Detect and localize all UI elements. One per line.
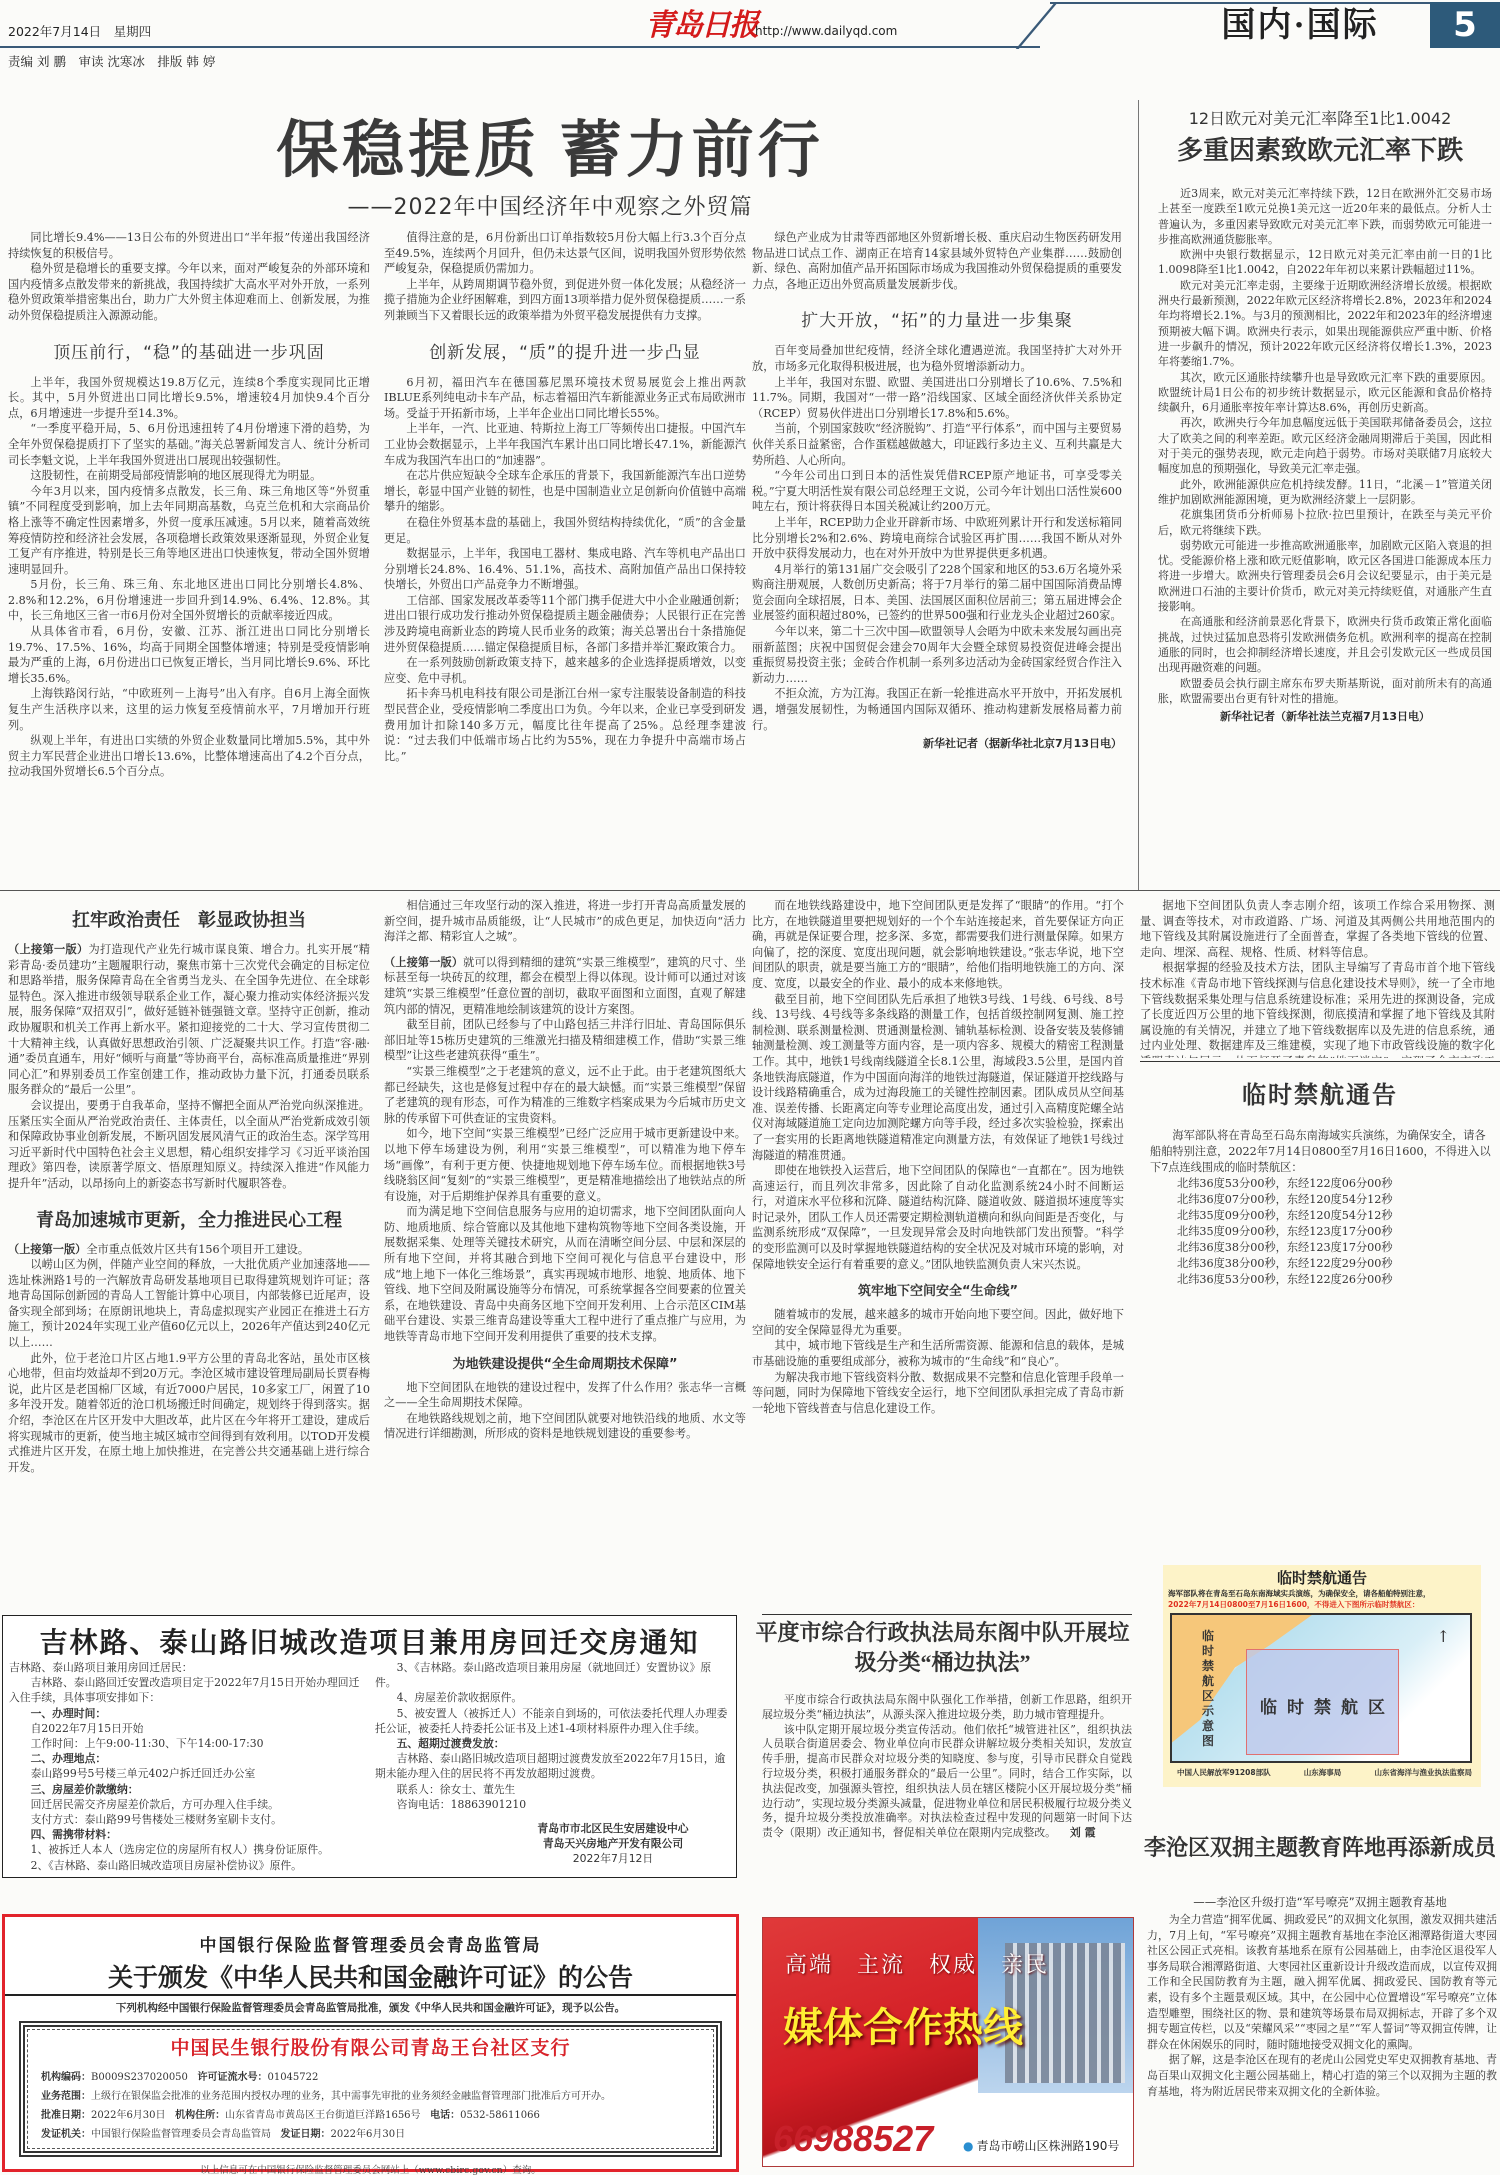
ad-headline: 媒体合作热线 <box>783 1996 1023 2053</box>
paragraph: 此外，位于老沧口片区占地1.9平方公里的青岛北客站，虽处市区核心地带，但亩均效益… <box>8 1351 370 1476</box>
section-heading: 顶压前行，“稳”的基础进一步巩固 <box>8 338 370 363</box>
paragraph: 稳外贸是稳增长的重要支撑。今年以来，面对严峻复杂的外部环境和国内疫情多点散发带来… <box>8 261 370 323</box>
agency-name: 山东海事局 <box>1304 1767 1342 1778</box>
business-scope: 上级行在银保监会批准的业务范围内授权办理的业务，其中需事先审批的业务须经金融监督… <box>91 2091 611 2102</box>
website-link[interactable]: http://www.dailyqd.com <box>755 24 897 38</box>
relocation-notice-column-1: 吉林路、泰山路项目兼用房回迁居民：吉林路、泰山路回迁安置改造项目定于2022年7… <box>9 1660 364 1873</box>
paragraph: 花旗集团货币分析师易卜拉欣·拉巴里预计，在跌至与美元平价后，欧元将继续下跌。 <box>1158 507 1492 538</box>
paragraph: 此外，欧洲能源供应危机持续发酵。11日，“北溪－1”管道关闭维护加剧欧洲能源困境… <box>1158 477 1492 508</box>
column-divider <box>1138 100 1139 890</box>
map-frame: 临时禁航区 临时禁航区示意图 ↑ <box>1170 1613 1472 1763</box>
notice-line: 支付方式：泰山路99号售楼处三楼财务室刷卡支付。 <box>9 1812 364 1827</box>
signer: 青岛天兴房地产开发有限公司 <box>493 1836 733 1851</box>
paragraph: 从具体省市看，6月份，安徽、江苏、浙江进出口同比分别增长19.7%、17.5%、… <box>8 624 370 686</box>
euro-article-body: 近3周来，欧元对美元汇率持续下跌，12日在欧洲外汇交易市场上甚至一度跌至1欧元兑… <box>1158 186 1492 886</box>
coordinate-item: 北纬36度07分00秒，东经120度54分12秒 <box>1150 1192 1495 1208</box>
editor-credits: 责编 刘 鹏 审读 沈寒冰 排版 韩 婷 <box>8 52 215 70</box>
license-frame: 中国民生银行股份有限公司青岛王台社区支行 机构编码：B0009S23702005… <box>19 2021 722 2157</box>
paragraph: 地下空间团队在地铁的建设过程中，发挥了什么作用？张志华一言概之——全生命周期技术… <box>384 1380 746 1411</box>
paragraph: 在一系列鼓励创新政策支持下，越来越多的企业选择提质增效，以变应变、危中寻机。 <box>384 655 746 686</box>
paragraph: 百年变局叠加世纪疫情，经济全球化遭遇逆流。我国坚持扩大对外开放，市场多元化取得积… <box>752 343 1122 374</box>
paragraph: 不拒众流，方为江海。我国正在新一轮推进高水平开放中，开拓发展机遇，增强发展韧性，… <box>752 686 1122 733</box>
euro-article-kicker: 12日欧元对美元汇率降至1比1.0042 <box>1140 106 1500 129</box>
section-title: 国内·国际 <box>1180 4 1420 48</box>
paragraph: 为全力营造“拥军优属、拥政爱民”的双拥文化氛围，激发双拥共建活力，7月上旬，“军… <box>1147 1912 1497 2052</box>
field-label: 发证日期： <box>281 2129 331 2140</box>
paragraph: 平度市综合行政执法局东阁中队强化工作举措，创新工作思路，组织开展垃圾分类“桶边执… <box>762 1693 1132 1723</box>
paragraph: 在芯片供应短缺令全球车企承压的背景下，我国新能源汽车出口逆势增长，彰显中国产业链… <box>384 468 746 515</box>
restricted-zone-label: 临时禁航区 <box>1260 1693 1395 1718</box>
paragraph: 在地铁路线规划之前，地下空间团队就要对地铁沿线的地质、水文等情况进行详细勘测，所… <box>384 1411 746 1442</box>
paragraph: 以崂山区为例，伴随产业空间的释放，一大批优质产业加速落地——选址株洲路1号的一汽… <box>8 1257 370 1351</box>
paragraph: 截至目前，团队已经参与了中山路包括三井洋行旧址、青岛国际俱乐部旧址等15栋历史建… <box>384 1017 746 1064</box>
bank-branch-name: 中国民生银行股份有限公司青岛王台社区支行 <box>41 2033 700 2060</box>
approval-date: 2022年6月30日 <box>91 2110 166 2121</box>
paragraph: 弱势欧元可能进一步推高欧洲通胀率，加剧欧元区陷入衰退的担忧。受能源价格上涨和欧元… <box>1158 538 1492 614</box>
newspaper-logo: 青岛日报 <box>645 0 757 44</box>
paragraph: 上半年，我国外贸规模达19.8万亿元，连续8个季度实现同比正增长。其中，5月外贸… <box>8 375 370 422</box>
paragraph: 再次，欧洲央行今年加息幅度远低于美国联邦储备委员会，这拉大了欧美之间的利率差距。… <box>1158 415 1492 476</box>
issue-date: 2022年7月14日 星期四 <box>8 22 151 40</box>
paragraph: 这股韧性，在前期受局部疫情影响的地区展现得尤为明显。 <box>8 468 370 484</box>
map-caption-dates: 2022年7月14日0800至7月16日1600，不得进入下图所示临时禁航区： <box>1163 1599 1481 1610</box>
paragraph: 欧元对美元汇率走弱，主要缘于近期欧洲经济增长放缓。根据欧洲央行最新预测，2022… <box>1158 278 1492 370</box>
announcement-footer: 以上信息可在中国银行保险监督管理委员会网站上（www.cbirc.gov.cn）… <box>5 2162 736 2175</box>
paragraph: （上接第一版）为打造现代产业先行城市谋良策、增合力。扎实开展“精彩青岛·委员建功… <box>8 942 370 1098</box>
phone-number: 0532-58611066 <box>460 2110 540 2121</box>
main-article-column-1: 同比增长9.4%——13日公布的外贸进出口“半年报”传递出我国经济持续恢复的积极… <box>8 230 370 885</box>
media-hotline-ad[interactable]: 高端 主流 权威 亲民 媒体合作热线 66988527 ●青岛市崂山区株洲路19… <box>762 1917 1134 2167</box>
paragraph: 在高通胀和经济前景恶化背景下，欧洲央行货币政策正常化面临挑战，过快过猛加息恐将引… <box>1158 614 1492 675</box>
notice-line: 4、房屋差价款收据原件。 <box>375 1690 730 1705</box>
euro-article-title: 多重因素致欧元汇率下跌 <box>1140 130 1500 167</box>
notice-line: 5、被安置人（被拆迁人）不能亲自到场的，可依法委托代理人办理委托公证，被委托人持… <box>375 1706 730 1736</box>
field-label: 业务范围： <box>41 2091 91 2102</box>
main-headline: 保稳提质 蓄力前行 <box>200 100 900 189</box>
address-text: 青岛市崂山区株洲路190号 <box>976 2139 1119 2153</box>
masthead-rule <box>0 46 1040 48</box>
notice-line: 2、《吉林路、泰山路旧城改造项目房屋补偿协议》原件。 <box>9 1858 364 1873</box>
north-arrow-icon: ↑ <box>1437 1627 1450 1646</box>
map-agencies: 中国人民解放军91208部队 山东海事局 山东省海洋与渔业执法监察局 <box>1177 1767 1472 1778</box>
paragraph: 上半年，RCEP助力企业开辟新市场、中欧班列累计开行和发送标箱同比分别增长2%和… <box>752 515 1122 562</box>
location-pin-icon: ● <box>963 2139 973 2153</box>
section-heading: 为地铁建设提供“全生命周期技术保障” <box>384 1353 746 1372</box>
paragraph: “一季度平稳开局，5、6月份迅速扭转了4月份增速下滑的趋势，为全年外贸保稳提质打… <box>8 421 370 468</box>
coordinate-item: 北纬36度38分00秒，东经123度17分00秒 <box>1150 1240 1495 1256</box>
navigation-notice-title: 临时禁航通告 <box>1140 1075 1500 1110</box>
paragraph: 其中，城市地下管线是生产和生活所需资源、能源和信息的载体，是城市基础设施的重要组… <box>752 1338 1124 1369</box>
license-row: 业务范围：上级行在银保监会批准的业务范围内授权办理的业务，其中需事先审批的业务须… <box>41 2087 700 2106</box>
paragraph: 工信部、国家发展改革委等11个部门携手促进大中小企业融通创新；进出口银行成功发行… <box>384 593 746 655</box>
notice-section-heading: 一、办理时间： <box>9 1706 364 1721</box>
paragraph: 6月初，福田汽车在德国慕尼黑环境技术贸易展览会上推出两款IBLUE系列纯电动卡车… <box>384 375 746 422</box>
issue-date: 2022年6月30日 <box>331 2129 406 2140</box>
license-row: 批准日期：2022年6月30日 机构住所：山东省青岛市黄岛区王台街道巨洋路165… <box>41 2106 700 2125</box>
paragraph: 欧洲中央银行数据显示，12日欧元对美元汇率由前一日的1比1.0098降至1比1.… <box>1158 247 1492 278</box>
paragraph: 而为满足地下空间信息服务与应用的迫切需求，地下空间团队面向人防、地质地质、综合管… <box>384 1204 746 1344</box>
paragraph: 上半年，一汽、比亚迪、特斯拉上海工厂等频传出口捷报。中国汽车工业协会数据显示，上… <box>384 421 746 468</box>
paragraph: 4月举行的第131届广交会吸引了228个国家和地区的53.6万名境外采购商注册观… <box>752 562 1122 624</box>
field-label: 机构编码： <box>41 2072 91 2083</box>
licang-article-subtitle: ——李沧区升级打造“军号嘹亮”双拥主题教育基地 <box>1140 1894 1500 1910</box>
paragraph: 截至目前，地下空间团队先后承担了地铁3号线、1号线、6号线、8号线、13号线、4… <box>752 992 1124 1164</box>
signing-date: 2022年7月12日 <box>493 1851 733 1866</box>
continued-label: （上接第一版） <box>8 943 88 956</box>
paragraph: （上接第一版）全市重点低效片区共有156个项目开工建设。 <box>8 1242 370 1258</box>
announcement-title: 关于颁发《中华人民共和国金融许可证》的公告 <box>5 1958 736 1996</box>
paragraph: 今年3月以来，国内疫情多点散发，长三角、珠三角地区等“外贸重镇”不同程度受到影响… <box>8 484 370 578</box>
pingdu-article-body: 平度市综合行政执法局东阁中队强化工作举措，创新工作思路，组织开展垃圾分类“桶边执… <box>762 1693 1132 1915</box>
paragraph: “实景三维模型”之于老建筑的意义，远不止于此。由于老建筑图纸大都已经缺失，这也是… <box>384 1064 746 1126</box>
paragraph: 如今，地下空间“实景三维模型”已经广泛应用于城市更新建设中来。以地下停车场建设为… <box>384 1126 746 1204</box>
paragraph: 欧盟委员会执行副主席东布罗夫斯基斯说，面对前所未有的高通胀，欧盟需要出台更有针对… <box>1158 676 1492 707</box>
notice-section-heading: 五、超期过渡费发放： <box>375 1736 730 1751</box>
relocation-signers: 青岛市市北区民生安居建设中心 青岛天兴房地产开发有限公司 2022年7月12日 <box>493 1821 733 1867</box>
lower-column-4: 据地下空间团队负责人李志刚介绍，该项工作综合采用物探、测量、调查等技术，对市政道… <box>1140 898 1495 1058</box>
notice-line: 吉林路、泰山路项目兼用房回迁居民： <box>9 1660 364 1675</box>
regulator-name: 中国银行保险监督管理委员会青岛监管局 <box>5 1931 736 1956</box>
continued-label: （上接第一版） <box>8 1243 86 1256</box>
paragraph: 上海铁路闵行站，“中欧班列－上海号”出入有序。自6月上海全面恢复生产生活秩序以来… <box>8 686 370 733</box>
navigation-notice-body: 海军部队将在青岛至石岛东南海域实兵演练，为确保安全，请各船舶特别注意，2022年… <box>1150 1128 1495 1288</box>
masthead-slant-rule <box>1016 3 1058 49</box>
paragraph: 绿色产业成为甘肃等西部地区外贸新增长极、重庆启动生物医药研发用物品进口试点工作、… <box>752 230 1122 292</box>
section-heading: 创新发展，“质”的提升进一步凸显 <box>384 338 746 363</box>
field-label: 批准日期： <box>41 2110 91 2121</box>
paragraph: 该中队定期开展垃圾分类宣传活动。他们依托“城管进社区”，组织执法人员联合街道居委… <box>762 1723 1132 1841</box>
paragraph: 同比增长9.4%——13日公布的外贸进出口“半年报”传递出我国经济持续恢复的积极… <box>8 230 370 261</box>
map-caption: 海军部队将在青岛至石岛东南海域实兵演练，为确保安全，请各船舶特别注意， <box>1163 1588 1481 1599</box>
pingdu-article-title: 平度市综合行政执法局东阁中队开展垃圾分类“桶边执法” <box>750 1618 1135 1678</box>
field-label: 机构住所： <box>175 2110 225 2121</box>
relocation-notice: 吉林路、泰山路旧城改造项目兼用房回迁交房通知 吉林路、泰山路项目兼用房回迁居民：… <box>2 1615 737 1878</box>
agency-name: 中国人民解放军91208部队 <box>1177 1767 1271 1778</box>
notice-line: 联系人：徐女士、董先生 <box>375 1782 730 1797</box>
notice-line: 咨询电话：18863901210 <box>375 1797 730 1812</box>
paragraph: 随着城市的发展，越来越多的城市开始向地下要空间。因此，做好地下空间的安全保障显得… <box>752 1307 1124 1338</box>
announcement-intro: 下列机构经中国银行保险监督管理委员会青岛监管局批准，颁发《中华人民共和国金融许可… <box>5 2000 736 2015</box>
paragraph: 为解决我市地下管线资料分散、数据成果不完整和信息化管理手段单一等问题，同时为保障… <box>752 1370 1124 1417</box>
institution-code: B0009S237020050 <box>91 2072 188 2083</box>
coordinate-item: 北纬35度09分00秒，东经120度54分12秒 <box>1150 1208 1495 1224</box>
paragraph: 根据掌握的经验及技术方法，团队主导编写了青岛市首个地下管线技术标准《青岛市地下管… <box>1140 960 1495 1058</box>
paragraph: 据地下空间团队负责人李志刚介绍，该项工作综合采用物探、测量、调查等技术，对市政道… <box>1140 898 1495 960</box>
paragraph: 其次，欧元区通胀持续攀升也是导致欧元汇率下跌的重要原因。欧盟统计局1日公布的初步… <box>1158 370 1492 416</box>
coordinate-item: 北纬36度38分00秒，东经122度29分00秒 <box>1150 1256 1495 1272</box>
horizontal-rule <box>762 1614 1132 1615</box>
paragraph: 近3周来，欧元对美元汇率持续下跌，12日在欧洲外汇交易市场上甚至一度跌至1欧元兑… <box>1158 186 1492 247</box>
lower-column-3: 而在地铁线路建设中，地下空间团队更是发挥了“眼睛”的作用。“打个比方，在地铁隧道… <box>752 898 1124 1603</box>
field-label: 许可证流水号： <box>197 2072 267 2083</box>
notice-line: 吉林路、泰山路回迁安置改造项目定于2022年7月15日开始办理回迁入住手续，具体… <box>9 1675 364 1705</box>
paragraph-text: 全市重点低效片区共有156个项目开工建设。 <box>86 1243 309 1256</box>
paragraph: 会议提出，要勇于自我革命，坚持不懈把全面从严治党向纵深推进。压紧压实全面从严治党… <box>8 1098 370 1192</box>
main-subheadline: ——2022年中国经济年中观察之外贸篇 <box>200 190 900 221</box>
field-label: 电话： <box>430 2110 460 2121</box>
paragraph: 相信通过三年攻坚行动的深入推进，将进一步打开青岛高质量发展的新空间，提升城市品质… <box>384 898 746 945</box>
agency-name: 山东省海洋与渔业执法监察局 <box>1375 1767 1473 1778</box>
cppcc-article-title: 扛牢政治责任 彰显政协担当 <box>8 906 370 932</box>
horizontal-rule <box>0 890 1500 891</box>
paragraph: 5月份，长三角、珠三角、东北地区进出口同比分别增长4.8%、2.8%和12.2%… <box>8 577 370 624</box>
notice-line: 泰山路99号5号楼三单元402户拆迁回迁办公室 <box>9 1766 364 1781</box>
notice-section-heading: 四、需携带材料： <box>9 1827 364 1842</box>
main-article-column-3: 绿色产业成为甘肃等西部地区外贸新增长极、重庆启动生物医药研发用物品进口试点工作、… <box>752 230 1122 885</box>
urban-article-title: 青岛加速城市更新，全力推进民心工程 <box>8 1206 370 1232</box>
bank-license-announcement: 中国银行保险监督管理委员会青岛监管局 关于颁发《中华人民共和国金融许可证》的公告… <box>2 1914 739 2172</box>
signer: 青岛市市北区民生安居建设中心 <box>493 1821 733 1836</box>
section-heading: 扩大开放，“拓”的力量进一步集聚 <box>752 306 1122 331</box>
paragraph: 拓卡奔马机电科技有限公司是浙江台州一家专注服装设备制造的科技型民营企业，受疫情影… <box>384 686 746 764</box>
paragraph: 而在地铁线路建设中，地下空间团队更是发挥了“眼睛”的作用。“打个比方，在地铁隧道… <box>752 898 1124 992</box>
map-side-label: 临时禁航区示意图 <box>1202 1629 1216 1749</box>
byline: 新华社记者（据新华社北京7月13日电） <box>752 735 1122 751</box>
license-row: 发证机关：中国银行保险监督管理委员会青岛监管局 发证日期：2022年6月30日 <box>41 2125 700 2144</box>
lower-column-2: 相信通过三年攻坚行动的深入推进，将进一步打开青岛高质量发展的新空间，提升城市品质… <box>384 898 746 1603</box>
continued-label: （上接第一版） <box>384 956 463 969</box>
ad-address: ●青岛市崂山区株洲路190号 <box>963 2137 1119 2154</box>
notice-line: 自2022年7月15日开始 <box>9 1721 364 1736</box>
relocation-notice-column-2: 3、《吉林路。泰山路改造项目兼用房屋（就地回迁）安置协议》原件。4、房屋差价款收… <box>375 1660 730 1812</box>
paragraph: 纵观上半年，有进出口实绩的外贸企业数量同比增加5.5%，其中外贸主力军民营企业进… <box>8 733 370 780</box>
paragraph-text: 该中队定期开展垃圾分类宣传活动。他们依托“城管进社区”，组织执法人员联合街道居委… <box>762 1723 1132 1840</box>
restricted-zone-map: 临时禁航通告 海军部队将在青岛至石岛东南海域实兵演练，为确保安全，请各船舶特别注… <box>1163 1565 1481 1787</box>
paragraph: 值得注意的是，6月份新出口订单指数较5月份大幅上行3.3个百分点至49.5%，连… <box>384 230 746 277</box>
paragraph: 上半年，从跨周期调节稳外贸，到促进外贸一体化发展；从稳经济一揽子措施为企业纾困解… <box>384 277 746 324</box>
institution-address: 山东省青岛市黄岛区王台街道巨洋路1656号 <box>225 2110 420 2121</box>
ad-phone-number: 66988527 <box>773 2118 933 2160</box>
licang-article-title: 李沧区双拥主题教育阵地再添新成员 <box>1140 1834 1500 1862</box>
license-row: 机构编码：B0009S237020050 许可证流水号：01045722 <box>41 2068 700 2087</box>
paragraph: 数据显示，上半年，我国电工器材、集成电路、汽车等机电产品出口分别增长24.8%、… <box>384 546 746 593</box>
paragraph: 据了解，这是李沧区在现有的老虎山公园党史军史双拥教育基地、青岛百果山双拥文化主题… <box>1147 2052 1497 2099</box>
ad-slogan: 高端 主流 权威 亲民 <box>785 1948 1049 1979</box>
lower-column-1: 扛牢政治责任 彰显政协担当 （上接第一版）为打造现代产业先行城市谋良策、增合力。… <box>8 898 370 1598</box>
field-label: 发证机关： <box>41 2129 91 2140</box>
map-title: 临时禁航通告 <box>1163 1567 1481 1588</box>
notice-line: 工作时间：上午9:00-11:30、下午14:00-17:30 <box>9 1736 364 1751</box>
paragraph: 在稳住外贸基本盘的基础上，我国外贸结构持续优化，“质”的含金量更足。 <box>384 515 746 546</box>
byline: 新华社记者（新华社法兰克福7月13日电） <box>1158 708 1492 724</box>
license-serial: 01045722 <box>267 2072 318 2083</box>
licang-article-body: 为全力营造“拥军优属、拥政爱民”的双拥文化氛围，激发双拥共建活力，7月上旬，“军… <box>1147 1912 1497 2174</box>
notice-section-heading: 三、房屋差价款缴纳： <box>9 1782 364 1797</box>
notice-line: 吉林路、泰山路旧城改造项目超期过渡费发放至2022年7月15日，逾期未能办理入住… <box>375 1751 730 1781</box>
notice-intro: 海军部队将在青岛至石岛东南海域实兵演练，为确保安全，请各船舶特别注意，2022年… <box>1150 1128 1495 1176</box>
coordinate-item: 北纬36度53分00秒，东经122度26分00秒 <box>1150 1272 1495 1288</box>
notice-section-heading: 二、办理地点： <box>9 1751 364 1766</box>
relocation-notice-title: 吉林路、泰山路旧城改造项目兼用房回迁交房通知 <box>3 1616 736 1661</box>
coordinate-item: 北纬36度53分00秒，东经122度06分00秒 <box>1150 1176 1495 1192</box>
section-heading: 筑牢地下空间安全“生命线” <box>752 1280 1124 1299</box>
horizontal-rule <box>1140 1061 1500 1062</box>
paragraph: “今年公司出口到日本的活性炭凭借RCEP原产地证书，可享受零关税。”宁夏大明活性… <box>752 468 1122 515</box>
paragraph: （上接第一版）就可以得到精细的建筑“实景三维模型”，建筑的尺寸、坐标甚至每一块砖… <box>384 955 746 1017</box>
coordinate-item: 北纬35度09分00秒，东经123度17分00秒 <box>1150 1224 1495 1240</box>
main-article-column-2: 值得注意的是，6月份新出口订单指数较5月份大幅上行3.3个百分点至49.5%，连… <box>384 230 746 885</box>
notice-line: 回迁居民需交齐房屋差价款后，方可办理入住手续。 <box>9 1797 364 1812</box>
paragraph: 当前，个别国家鼓吹“经济脱钩”、打造“平行体系”，而中国与主要贸易伙伴关系日益紧… <box>752 421 1122 468</box>
page-number: 5 <box>1430 2 1500 48</box>
issuing-authority: 中国银行保险监督管理委员会青岛监管局 <box>91 2129 271 2140</box>
paragraph-text: 为打造现代产业先行城市谋良策、增合力。扎实开展“精彩青岛·委员建功”主题履职行动… <box>8 943 370 1096</box>
paragraph: 今年以来，第二十三次中国—欧盟领导人会晤为中欧未来发展勾画出亮丽新蓝图；庆祝中国… <box>752 624 1122 686</box>
byline: 刘 霞 <box>1070 1826 1096 1839</box>
paragraph: 即使在地铁投入运营后，地下空间团队的保障也“一直都在”。因为地铁高速运行，而且列… <box>752 1163 1124 1272</box>
notice-line: 3、《吉林路。泰山路改造项目兼用房屋（就地回迁）安置协议》原件。 <box>375 1660 730 1690</box>
paragraph: 上半年，我国对东盟、欧盟、美国进出口分别增长了10.6%、7.5%和11.7%。… <box>752 375 1122 422</box>
notice-line: 1、被拆迁人本人（选房定位的房屋所有权人）携身份证原件。 <box>9 1842 364 1857</box>
